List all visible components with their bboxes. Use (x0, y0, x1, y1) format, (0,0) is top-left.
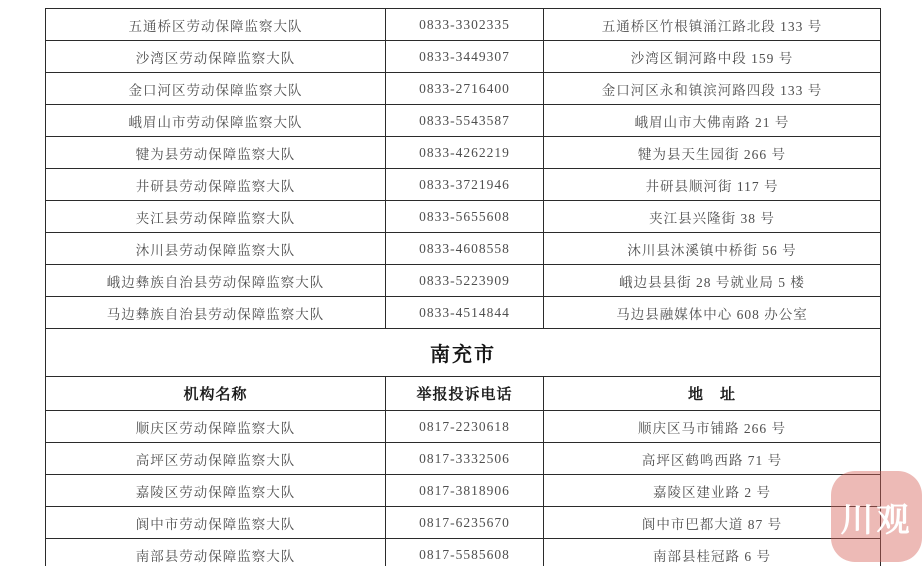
org-name-cell: 金口河区劳动保障监察大队 (46, 73, 386, 105)
phone-cell: 0817-6235670 (386, 507, 544, 539)
org-name-cell: 五通桥区劳动保障监察大队 (46, 9, 386, 41)
address-cell: 峨边县县街 28 号就业局 5 楼 (544, 265, 881, 297)
phone-cell: 0833-5655608 (386, 201, 544, 233)
table-row: 金口河区劳动保障监察大队 0833-2716400 金口河区永和镇滨河路四段 1… (46, 73, 881, 105)
table-row: 马边彝族自治县劳动保障监察大队 0833-4514844 马边县融媒体中心 60… (46, 297, 881, 329)
phone-cell: 0833-4608558 (386, 233, 544, 265)
org-name-cell: 犍为县劳动保障监察大队 (46, 137, 386, 169)
address-cell: 马边县融媒体中心 608 办公室 (544, 297, 881, 329)
table-row: 五通桥区劳动保障监察大队 0833-3302335 五通桥区竹根镇涌江路北段 1… (46, 9, 881, 41)
address-cell: 井研县顺河街 117 号 (544, 169, 881, 201)
city-section-title: 南充市 (46, 329, 881, 377)
phone-cell: 0833-3302335 (386, 9, 544, 41)
table-row: 犍为县劳动保障监察大队 0833-4262219 犍为县天生园街 266 号 (46, 137, 881, 169)
address-cell: 沙湾区铜河路中段 159 号 (544, 41, 881, 73)
table-row: 顺庆区劳动保障监察大队 0817-2230618 顺庆区马市铺路 266 号 (46, 411, 881, 443)
phone-cell: 0817-3818906 (386, 475, 544, 507)
address-cell: 犍为县天生园街 266 号 (544, 137, 881, 169)
phone-cell: 0833-5223909 (386, 265, 544, 297)
address-cell: 夹江县兴隆街 38 号 (544, 201, 881, 233)
phone-cell: 0817-2230618 (386, 411, 544, 443)
org-name-cell: 高坪区劳动保障监察大队 (46, 443, 386, 475)
address-cell: 顺庆区马市铺路 266 号 (544, 411, 881, 443)
org-name-cell: 顺庆区劳动保障监察大队 (46, 411, 386, 443)
column-header-address: 地 址 (544, 377, 881, 411)
table-row: 峨边彝族自治县劳动保障监察大队 0833-5223909 峨边县县街 28 号就… (46, 265, 881, 297)
address-cell: 峨眉山市大佛南路 21 号 (544, 105, 881, 137)
table-row: 南部县劳动保障监察大队 0817-5585608 南部县桂冠路 6 号 (46, 539, 881, 566)
org-name-cell: 南部县劳动保障监察大队 (46, 539, 386, 566)
phone-cell: 0833-3721946 (386, 169, 544, 201)
phone-cell: 0833-4514844 (386, 297, 544, 329)
table-header-row: 机构名称 举报投诉电话 地 址 (46, 377, 881, 411)
watermark-text: 川观 (841, 494, 913, 541)
phone-cell: 0833-4262219 (386, 137, 544, 169)
city-section-row: 南充市 (46, 329, 881, 377)
org-name-cell: 嘉陵区劳动保障监察大队 (46, 475, 386, 507)
org-name-cell: 阆中市劳动保障监察大队 (46, 507, 386, 539)
org-name-cell: 峨眉山市劳动保障监察大队 (46, 105, 386, 137)
phone-cell: 0833-3449307 (386, 41, 544, 73)
column-header-org-name: 机构名称 (46, 377, 386, 411)
address-cell: 金口河区永和镇滨河路四段 133 号 (544, 73, 881, 105)
table-row: 峨眉山市劳动保障监察大队 0833-5543587 峨眉山市大佛南路 21 号 (46, 105, 881, 137)
table-row: 井研县劳动保障监察大队 0833-3721946 井研县顺河街 117 号 (46, 169, 881, 201)
org-name-cell: 峨边彝族自治县劳动保障监察大队 (46, 265, 386, 297)
supervision-contact-table: 五通桥区劳动保障监察大队 0833-3302335 五通桥区竹根镇涌江路北段 1… (45, 8, 881, 566)
address-cell: 阆中市巴都大道 87 号 (544, 507, 881, 539)
address-cell: 南部县桂冠路 6 号 (544, 539, 881, 566)
address-cell: 嘉陵区建业路 2 号 (544, 475, 881, 507)
org-name-cell: 马边彝族自治县劳动保障监察大队 (46, 297, 386, 329)
chuanguan-watermark-logo: 川观 (831, 471, 922, 562)
address-cell: 高坪区鹤鸣西路 71 号 (544, 443, 881, 475)
table-row: 沙湾区劳动保障监察大队 0833-3449307 沙湾区铜河路中段 159 号 (46, 41, 881, 73)
phone-cell: 0817-5585608 (386, 539, 544, 566)
table-row: 高坪区劳动保障监察大队 0817-3332506 高坪区鹤鸣西路 71 号 (46, 443, 881, 475)
phone-cell: 0833-2716400 (386, 73, 544, 105)
column-header-phone: 举报投诉电话 (386, 377, 544, 411)
phone-cell: 0817-3332506 (386, 443, 544, 475)
table-row: 嘉陵区劳动保障监察大队 0817-3818906 嘉陵区建业路 2 号 (46, 475, 881, 507)
table-row: 阆中市劳动保障监察大队 0817-6235670 阆中市巴都大道 87 号 (46, 507, 881, 539)
org-name-cell: 夹江县劳动保障监察大队 (46, 201, 386, 233)
org-name-cell: 沙湾区劳动保障监察大队 (46, 41, 386, 73)
org-name-cell: 沐川县劳动保障监察大队 (46, 233, 386, 265)
address-cell: 沐川县沐溪镇中桥街 56 号 (544, 233, 881, 265)
org-name-cell: 井研县劳动保障监察大队 (46, 169, 386, 201)
address-cell: 五通桥区竹根镇涌江路北段 133 号 (544, 9, 881, 41)
table-row: 夹江县劳动保障监察大队 0833-5655608 夹江县兴隆街 38 号 (46, 201, 881, 233)
table-row: 沐川县劳动保障监察大队 0833-4608558 沐川县沐溪镇中桥街 56 号 (46, 233, 881, 265)
phone-cell: 0833-5543587 (386, 105, 544, 137)
